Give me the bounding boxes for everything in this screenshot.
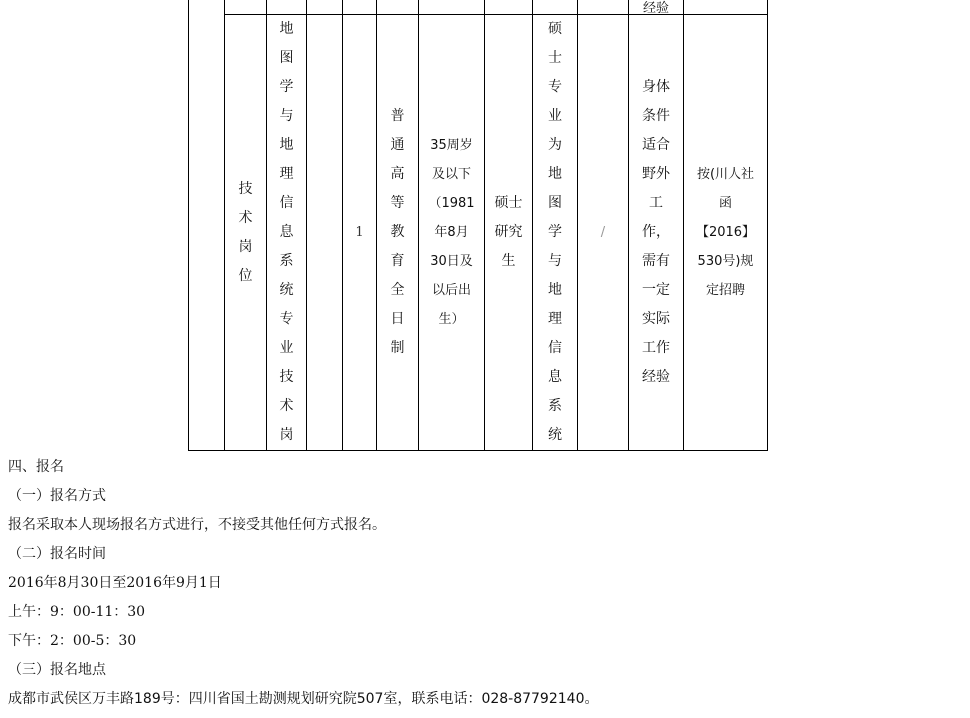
subsection-title: （三）报名地点 [8,661,598,690]
age-cell: 35周岁及以下（1981年8月30日及以后出生） [419,15,485,451]
paragraph: 下午：2：00-5：30 [8,632,598,661]
subsection-title: （一）报名方式 [8,487,598,516]
document-body: 四、报名 （一）报名方式 报名采取本人现场报名方式进行，不接受其他任何方式报名。… [8,458,598,718]
cutoff-text: 经验 [629,0,684,15]
major-cell: 硕士专业为地图学与地理信息系统 [533,15,578,451]
blank-left-cell [189,0,225,451]
paragraph: 报名采取本人现场报名方式进行，不接受其他任何方式报名。 [8,516,598,545]
degree-cell: 硕士研究生 [485,15,533,451]
recruitment-table: 经验 技术岗位 地图学与地理信息系统专业技术岗 1 普通高等教育全日制 35周岁… [188,0,768,451]
section-title: 四、报名 [8,458,598,487]
table-row: 技术岗位 地图学与地理信息系统专业技术岗 1 普通高等教育全日制 35周岁及以下… [189,15,768,451]
paragraph: 上午：9：00-11：30 [8,603,598,632]
education-form-cell: 普通高等教育全日制 [377,15,419,451]
post-name-cell: 地图学与地理信息系统专业技术岗 [267,15,307,451]
requirements-cell: 身体条件适合野外工作，需有一定实际工作经验 [629,15,684,451]
subsection-title: （二）报名时间 [8,545,598,574]
paragraph: 成都市武侯区万丰路189号：四川省国土勘测规划研究院507室，联系电话：028-… [8,690,598,718]
previous-row-fragment: 经验 [189,0,768,15]
paragraph: 2016年8月30日至2016年9月1日 [8,574,598,603]
empty-cell [307,15,343,451]
remarks-cell: 按(川人社函【2016】530号)规定招聘 [684,15,768,451]
post-category-cell: 技术岗位 [225,15,267,451]
count-cell: 1 [343,15,377,451]
other-cell: / [578,15,629,451]
